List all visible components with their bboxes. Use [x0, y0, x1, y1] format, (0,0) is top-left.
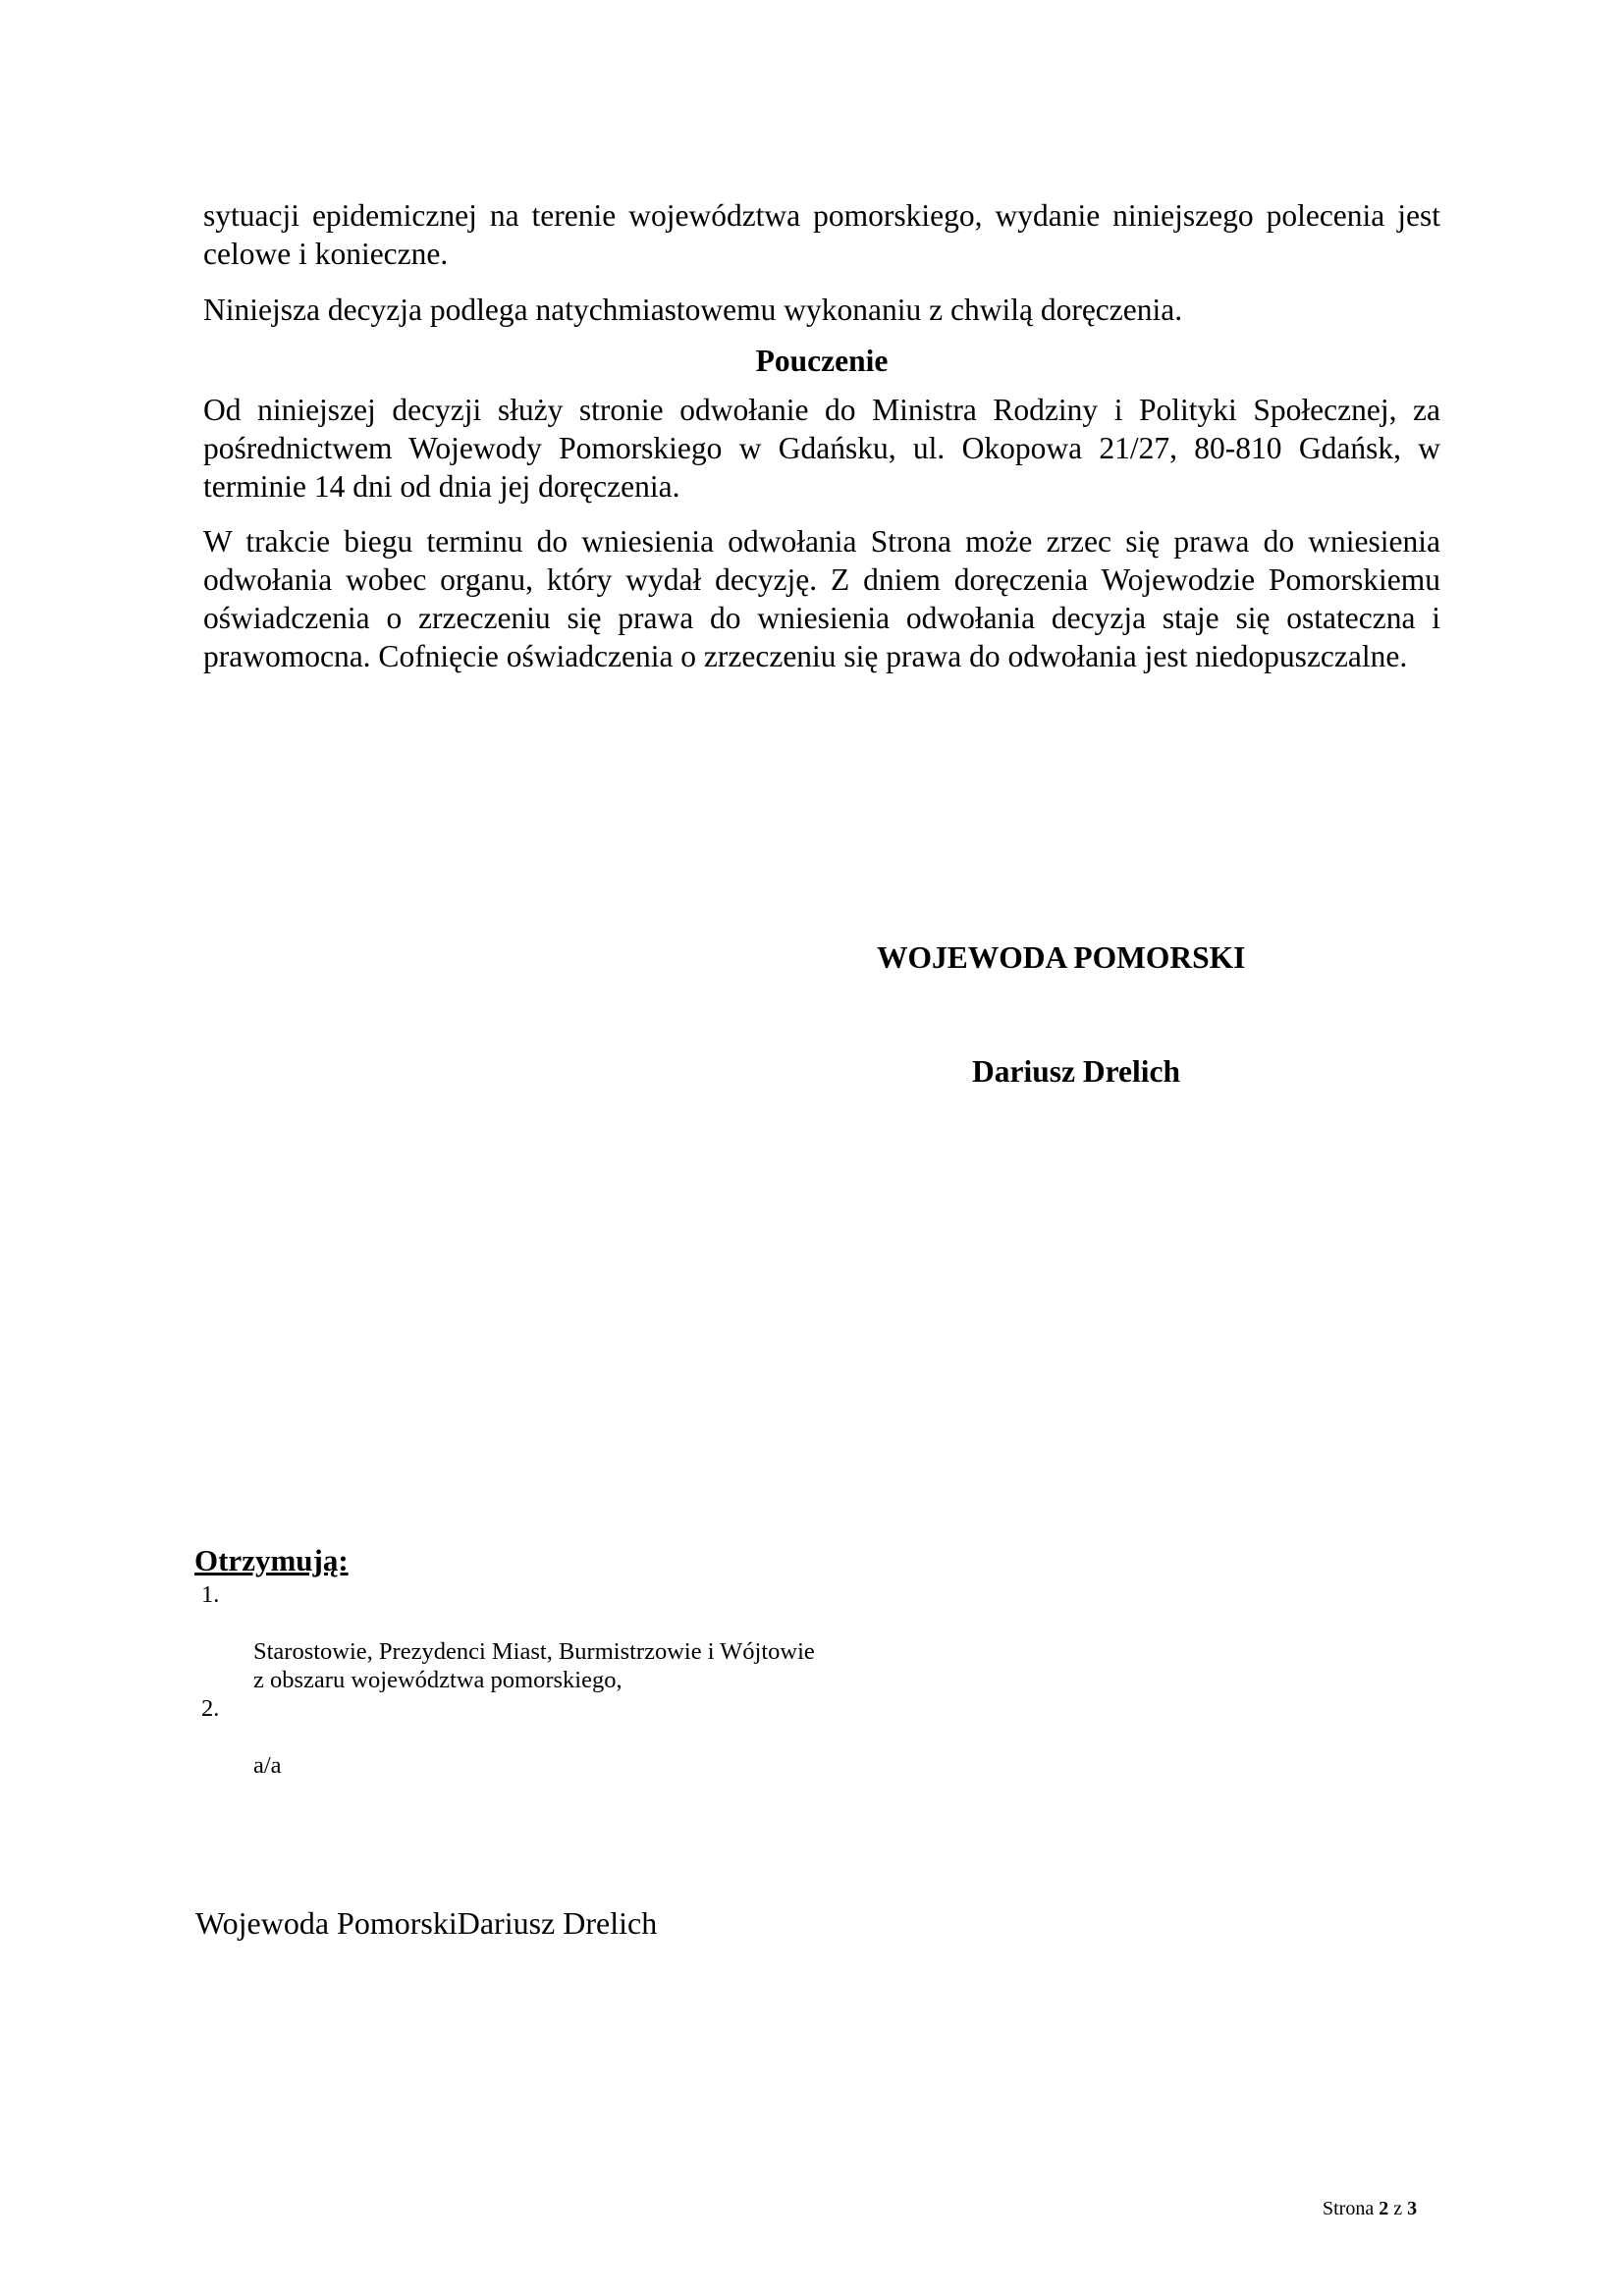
signature-name: Dariusz Drelich — [972, 1052, 1180, 1091]
page-current: 2 — [1379, 2198, 1388, 2219]
recipients-list: 1. Starostowie, Prezydenci Miast, Burmis… — [201, 1580, 815, 1780]
electronic-signature: Wojewoda PomorskiDariusz Drelich — [195, 1904, 657, 1942]
instruction-heading: Pouczenie — [203, 342, 1440, 380]
page-number: Strona 2 z 3 — [1323, 2197, 1417, 2220]
paragraph-appeal-waiver: W trakcie biegu terminu do wniesienia od… — [203, 522, 1440, 675]
recipient-number: 2. — [201, 1694, 219, 1723]
recipient-item: 1. Starostowie, Prezydenci Miast, Burmis… — [201, 1580, 815, 1694]
recipient-item: 2. a/a — [201, 1694, 815, 1780]
recipient-text: a/a — [253, 1752, 282, 1779]
recipients-heading: Otrzymują: — [194, 1543, 349, 1578]
page-separator: z — [1393, 2198, 1402, 2219]
signature-title: WOJEWODA POMORSKI — [877, 938, 1245, 977]
page-label: Strona — [1323, 2198, 1374, 2219]
page-total: 3 — [1407, 2198, 1417, 2219]
paragraph-immediate-execution: Niniejsza decyzja podlega natychmiastowe… — [203, 291, 1440, 329]
paragraph-justification: sytuacji epidemicznej na terenie wojewód… — [203, 196, 1440, 273]
recipient-number: 1. — [201, 1580, 219, 1609]
document-page: sytuacji epidemicznej na terenie wojewód… — [0, 0, 1624, 2296]
recipient-text: Starostowie, Prezydenci Miast, Burmistrz… — [253, 1638, 815, 1693]
paragraph-appeal-info: Od niniejszej decyzji służy stronie odwo… — [203, 391, 1440, 506]
